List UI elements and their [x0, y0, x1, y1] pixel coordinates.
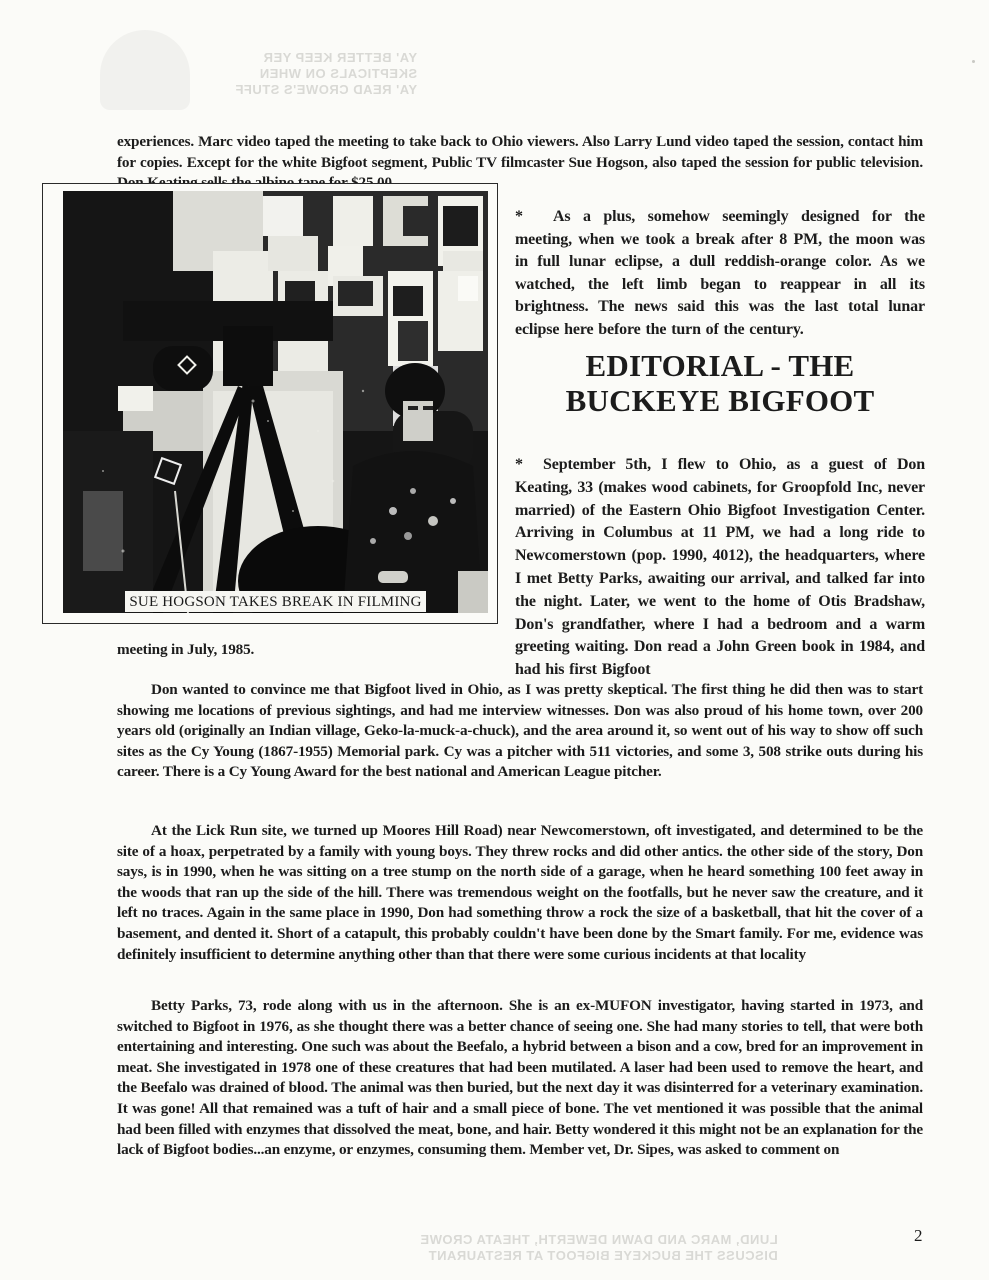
eclipse-paragraph: *As a plus, somehow seemingly designed f…	[515, 206, 925, 341]
show-through-line: SKEPTICALS ON WHEN	[235, 66, 417, 82]
paragraph-don-convince: Don wanted to convince me that Bigfoot l…	[117, 680, 923, 783]
show-through-illustration	[100, 30, 190, 110]
show-through-bottom: LUND, MARC AND DAWN DEWERTH, THEATA CROW…	[420, 1232, 778, 1264]
photo-sue-hogson: SUE HOGSON TAKES BREAK IN FILMING	[63, 191, 488, 613]
photo-caption-text: SUE HOGSON TAKES BREAK IN FILMING	[125, 591, 425, 612]
show-through-line: DISCUSS THE BUCKEYE BIGFOOT AT RESTAURAN…	[420, 1248, 778, 1264]
bullet-asterisk: *	[515, 454, 543, 477]
show-through-top: YA' BETTER KEEP YER SKEPTICALS ON WHEN Y…	[235, 50, 417, 98]
show-through-line: YA' READ CROWE'S STUFF	[235, 82, 417, 98]
page-number: 2	[914, 1226, 923, 1246]
bullet-asterisk: *	[515, 206, 553, 229]
show-through-line: LUND, MARC AND DAWN DEWERTH, THEATA CROW…	[420, 1232, 778, 1248]
headline-line-2: BUCKEYE BIGFOOT	[566, 383, 875, 418]
photo-caption: SUE HOGSON TAKES BREAK IN FILMING	[63, 591, 488, 613]
paragraph-betty-parks: Betty Parks, 73, rode along with us in t…	[117, 996, 923, 1161]
eclipse-text: As a plus, somehow seemingly designed fo…	[515, 208, 925, 338]
show-through-line: YA' BETTER KEEP YER	[235, 50, 417, 66]
editorial-headline: EDITORIAL - THE BUCKEYE BIGFOOT	[515, 348, 925, 418]
photo-illustration	[63, 191, 488, 613]
newsletter-page: YA' BETTER KEEP YER SKEPTICALS ON WHEN Y…	[0, 0, 989, 1280]
paragraph-lick-run: At the Lick Run site, we turned up Moore…	[117, 821, 923, 965]
photo-figure: SUE HOGSON TAKES BREAK IN FILMING	[42, 183, 498, 624]
headline-line-1: EDITORIAL - THE	[586, 348, 855, 383]
scan-speck	[972, 60, 975, 63]
editorial-paragraph-continued: meeting in July, 1985.	[117, 640, 923, 661]
